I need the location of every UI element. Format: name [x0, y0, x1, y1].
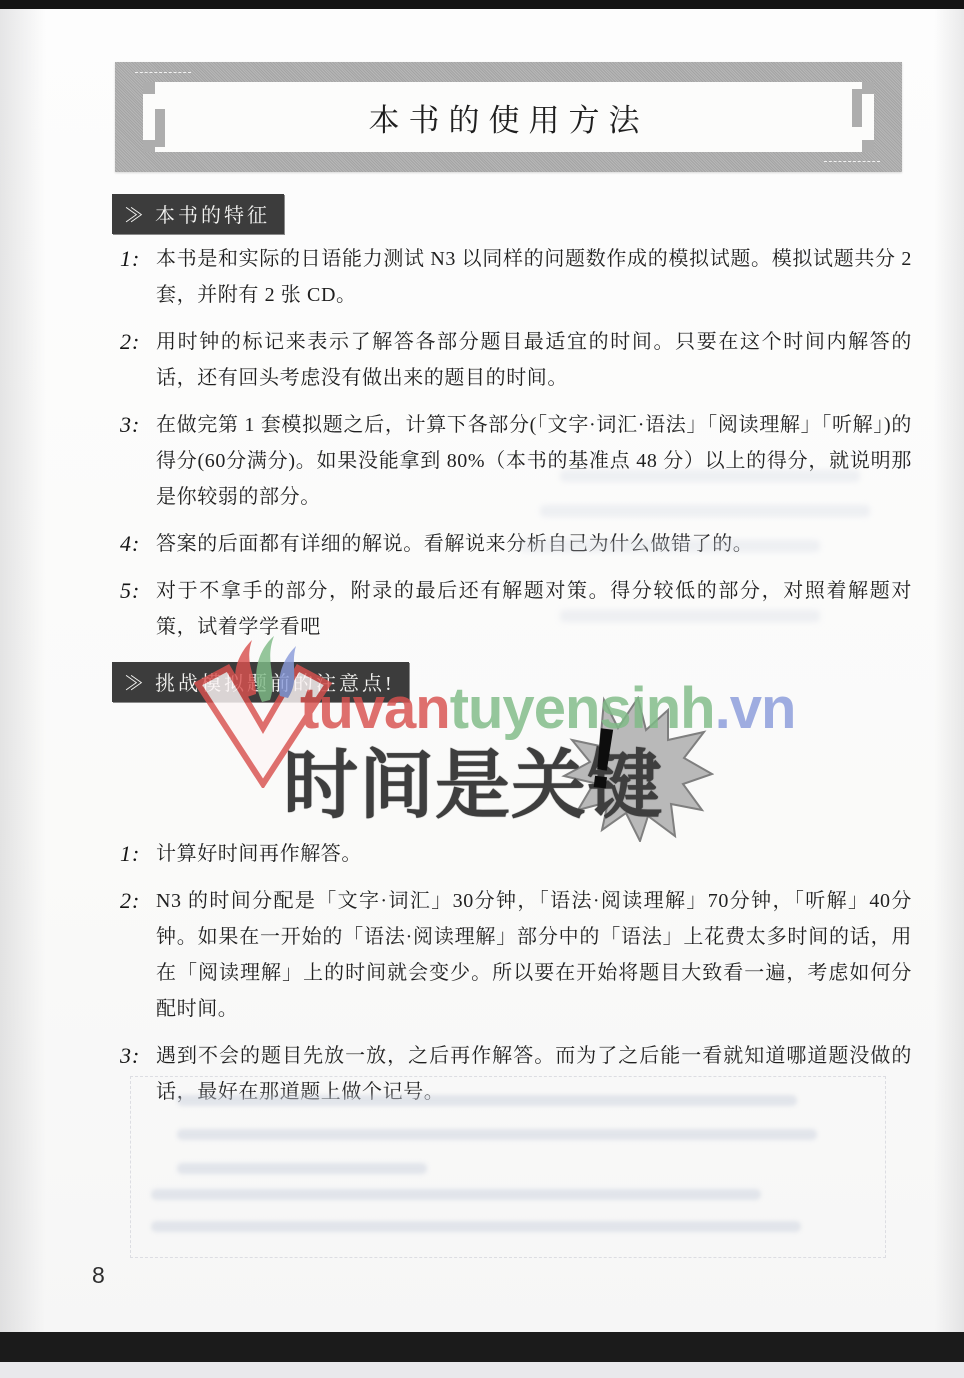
- scan-bottom-strip: [0, 1362, 964, 1378]
- title-frame-inner: 本书的使用方法: [143, 82, 874, 152]
- frame-dash-mark: [135, 72, 191, 73]
- scan-edge-shadow-right: [934, 0, 964, 1378]
- item-text: 对于不拿手的部分，附录的最后还有解题对策。得分较低的部分，对照着解题对策，试着学…: [156, 573, 912, 645]
- frame-notch: [862, 82, 874, 94]
- page-showthrough: [177, 1095, 797, 1106]
- item-text: 计算好时间再作解答。: [156, 836, 912, 872]
- frame-notch: [143, 82, 155, 94]
- item-text: 本书是和实际的日语能力测试 N3 以同样的问题数作成的模拟试题。模拟试题共分 2…: [156, 241, 912, 313]
- item-text: N3 的时间分配是「文字·词汇」30分钟，「语法·阅读理解」70分钟，「听解」4…: [156, 883, 912, 1027]
- page-number: 8: [92, 1262, 105, 1289]
- page-title: 本书的使用方法: [369, 95, 649, 140]
- page-showthrough: [177, 1163, 427, 1174]
- page-showthrough: [177, 1129, 817, 1140]
- scan-black-bar-bottom: [0, 1332, 964, 1362]
- page-showthrough: [151, 1221, 801, 1232]
- list-item: 2: 用时钟的标记来表示了解答各部分题目最适宜的时间。只要在这个时间内解答的话，…: [120, 324, 912, 396]
- watermark-part-vn: .vn: [715, 676, 796, 741]
- page-showthrough: [560, 610, 820, 622]
- frame-notch: [852, 89, 862, 127]
- scan-black-bar-top: [0, 0, 964, 9]
- list-item: 1: 本书是和实际的日语能力测试 N3 以同样的问题数作成的模拟试题。模拟试题共…: [120, 241, 912, 313]
- scanned-page: 本书的使用方法 ≫ 本书的特征 1: 本书是和实际的日语能力测试 N3 以同样的…: [0, 0, 964, 1378]
- list-item: 5: 对于不拿手的部分，附录的最后还有解题对策。得分较低的部分，对照着解题对策，…: [120, 573, 912, 645]
- item-number: 1:: [120, 241, 156, 313]
- item-number: 5:: [120, 573, 156, 645]
- title-frame: 本书的使用方法: [115, 62, 902, 172]
- frame-dash-mark: [824, 161, 880, 162]
- features-list: 1: 本书是和实际的日语能力测试 N3 以同样的问题数作成的模拟试题。模拟试题共…: [120, 241, 912, 656]
- list-item: 3: 在做完第 1 套模拟题之后，计算下各部分(「文字·词汇·语法」「阅读理解」…: [120, 407, 912, 515]
- page-showthrough: [151, 1189, 761, 1200]
- frame-notch: [155, 109, 165, 147]
- item-number: 2:: [120, 324, 156, 396]
- frame-notch: [862, 140, 874, 152]
- section-header-features: ≫ 本书的特征: [112, 194, 284, 234]
- page-showthrough: [520, 540, 820, 552]
- item-text: 在做完第 1 套模拟题之后，计算下各部分(「文字·词汇·语法」「阅读理解」「听解…: [156, 407, 912, 515]
- scan-edge-shadow-left: [0, 0, 46, 1378]
- page-showthrough-box: [130, 1076, 886, 1258]
- section-header-precautions: ≫ 挑战模拟题前的注意点!: [112, 662, 409, 702]
- item-number: 4:: [120, 526, 156, 562]
- frame-notch: [143, 140, 155, 152]
- item-number: 1:: [120, 836, 156, 872]
- item-number: 2:: [120, 883, 156, 1027]
- item-number: 3:: [120, 407, 156, 515]
- item-text: 用时钟的标记来表示了解答各部分题目最适宜的时间。只要在这个时间内解答的话，还有回…: [156, 324, 912, 396]
- page-showthrough: [560, 470, 860, 482]
- list-item: 1: 计算好时间再作解答。: [120, 836, 912, 872]
- list-item: 2: N3 的时间分配是「文字·词汇」30分钟，「语法·阅读理解」70分钟，「听…: [120, 883, 912, 1027]
- page-showthrough: [540, 505, 870, 517]
